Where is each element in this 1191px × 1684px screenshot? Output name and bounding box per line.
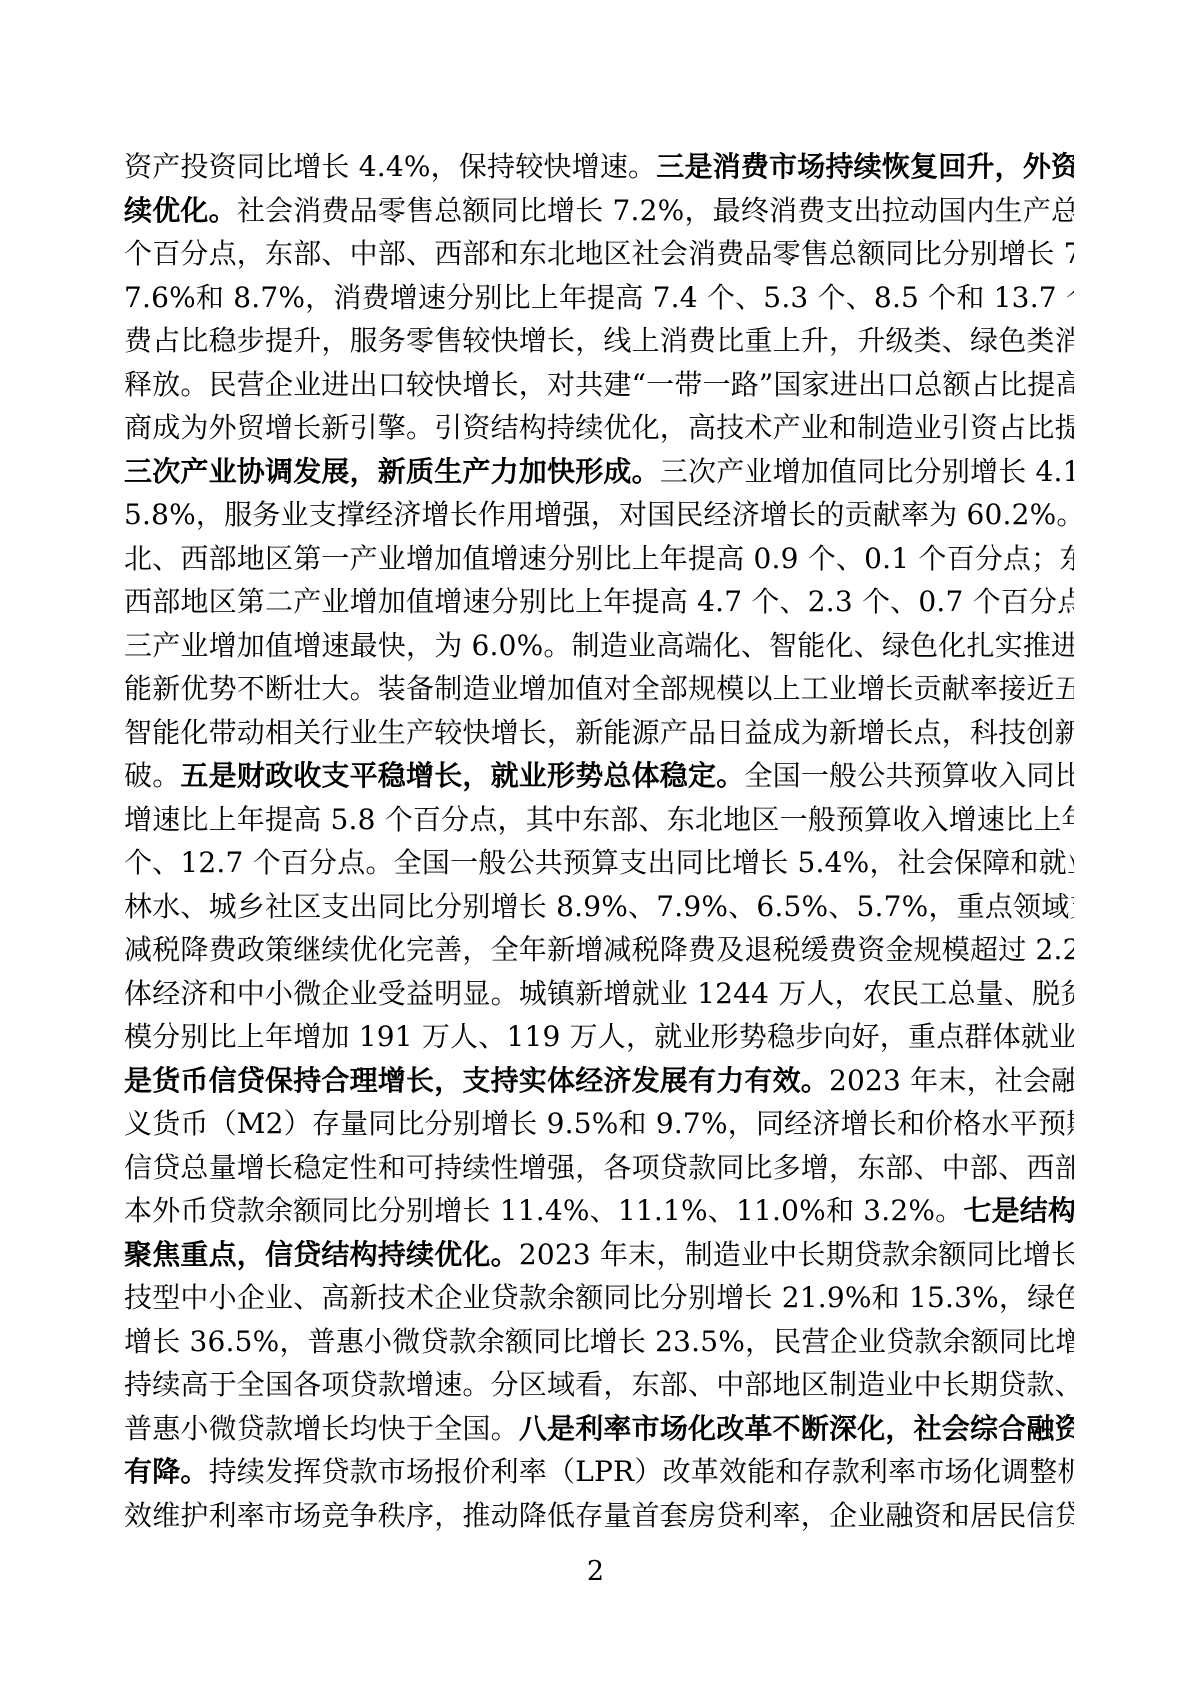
bold-text-run: 聚焦重点，信贷结构持续优化。 <box>124 1238 519 1271</box>
text-run: 7.6%和 8.7%，消费增速分别比上年提高 7.4 个、5.3 个、8.5 个… <box>124 281 1074 314</box>
text-run: 三次产业增加值同比分别增长 4.1%、4.7%、 <box>660 455 1074 488</box>
text-run: 林水、城乡社区支出同比分别增长 8.9%、7.9%、6.5%、5.7%，重点领域… <box>124 890 1074 923</box>
text-line: 林水、城乡社区支出同比分别增长 8.9%、7.9%、6.5%、5.7%，重点领域… <box>124 885 1074 929</box>
text-line: 北、西部地区第一产业增加值增速分别比上年提高 0.9 个、0.1 个百分点；东北… <box>124 537 1074 581</box>
text-line: 是货币信贷保持合理增长，支持实体经济发展有力有效。2023 年末，社会融资规模和… <box>124 1059 1074 1103</box>
text-run: 持续高于全国各项贷款增速。分区域看，东部、中部地区制造业中长期贷款、绿色贷款和 <box>124 1368 1074 1401</box>
text-run: 三产业增加值增速最快，为 6.0%。制造业高端化、智能化、绿色化扎实推进，发展新… <box>124 629 1074 662</box>
text-line: 7.6%和 8.7%，消费增速分别比上年提高 7.4 个、5.3 个、8.5 个… <box>124 276 1074 320</box>
text-line: 增长 36.5%，普惠小微贷款余额同比增长 23.5%，民营企业贷款余额同比增长… <box>124 1320 1074 1364</box>
bold-text-run: 是货币信贷保持合理增长，支持实体经济发展有力有效。 <box>124 1064 829 1097</box>
text-line: 破。五是财政收支平稳增长，就业形势总体稳定。全国一般公共预算收入同比增长 6.4… <box>124 754 1074 798</box>
text-run: 能新优势不断壮大。装备制造业增加值对全部规模以上工业增长贡献率接近五成，制造业 <box>124 672 1074 705</box>
text-run: 技型中小企业、高新技术企业贷款余额同比分别增长 21.9%和 15.3%，绿色贷… <box>124 1281 1074 1314</box>
text-line: 资产投资同比增长 4.4%，保持较快增速。三是消费市场持续恢复回升，外资外贸结构… <box>124 145 1074 189</box>
text-run: 增长 36.5%，普惠小微贷款余额同比增长 23.5%，民营企业贷款余额同比增长… <box>124 1325 1074 1358</box>
text-run: 2023 年末，制造业中长期贷款余额同比增长 31.9%，科 <box>519 1238 1074 1271</box>
text-line: 智能化带动相关行业生产较快增长，新能源产品日益成为新增长点，科技创新实现新的突 <box>124 711 1074 755</box>
text-run: 商成为外贸增长新引擎。引资结构持续优化，高技术产业和制造业引资占比提高。 <box>124 411 1074 444</box>
text-run: 个百分点，东部、中部、西部和东北地区社会消费品零售总额同比分别增长 7.2%、6… <box>124 237 1074 270</box>
bold-text-run: 七是结构性货币政策工具 <box>963 1194 1074 1227</box>
text-run: 费占比稳步提升，服务零售较快增长，线上消费比重上升，升级类、绿色类消费需求不断 <box>124 324 1074 357</box>
text-line: 体经济和中小微企业受益明显。城镇新增就业 1244 万人，农民工总量、脱贫人口务… <box>124 972 1074 1016</box>
text-line: 减税降费政策继续优化完善，全年新增减税降费及退税缓费资金规模超过 2.2 万亿元… <box>124 928 1074 972</box>
text-line: 义货币（M2）存量同比分别增长 9.5%和 9.7%，同经济增长和价格水平预期目… <box>124 1102 1074 1146</box>
text-line: 有降。持续发挥贷款市场报价利率（LPR）改革效能和存款利率市场化调整机制作用，有 <box>124 1450 1074 1494</box>
bold-text-run: 续优化。 <box>124 194 237 227</box>
text-run: 智能化带动相关行业生产较快增长，新能源产品日益成为新增长点，科技创新实现新的突 <box>124 716 1074 749</box>
text-run: 效维护利率市场竞争秩序，推动降低存量首套房贷利率，企业融资和居民信贷成本稳中有 <box>124 1499 1074 1532</box>
text-run: 北、西部地区第一产业增加值增速分别比上年提高 0.9 个、0.1 个百分点；东北… <box>124 542 1074 575</box>
page-number: 2 <box>0 1556 1191 1588</box>
body-text: 资产投资同比增长 4.4%，保持较快增速。三是消费市场持续恢复回升，外资外贸结构… <box>124 145 1074 1537</box>
text-line: 商成为外贸增长新引擎。引资结构持续优化，高技术产业和制造业引资占比提高。四是 <box>124 406 1074 450</box>
text-line: 能新优势不断壮大。装备制造业增加值对全部规模以上工业增长贡献率接近五成，制造业 <box>124 667 1074 711</box>
text-line: 模分别比上年增加 191 万人、119 万人，就业形势稳步向好，重点群体就业持续… <box>124 1015 1074 1059</box>
text-run: 体经济和中小微企业受益明显。城镇新增就业 1244 万人，农民工总量、脱贫人口务… <box>124 977 1074 1010</box>
text-line: 5.8%，服务业支撑经济增长作用增强，对国民经济增长的贡献率为 60.2%。分区… <box>124 493 1074 537</box>
text-run: 社会消费品零售总额同比增长 7.2%，最终消费支出拉动国内生产总值增长 4.3 <box>237 194 1074 227</box>
text-line: 费占比稳步提升，服务零售较快增长，线上消费比重上升，升级类、绿色类消费需求不断 <box>124 319 1074 363</box>
text-run: 持续发挥贷款市场报价利率（LPR）改革效能和存款利率市场化调整机制作用，有 <box>209 1455 1074 1488</box>
text-line: 续优化。社会消费品零售总额同比增长 7.2%，最终消费支出拉动国内生产总值增长 … <box>124 189 1074 233</box>
text-run: 资产投资同比增长 4.4%，保持较快增速。 <box>124 150 656 183</box>
text-run: 增速比上年提高 5.8 个百分点，其中东部、东北地区一般预算收入增速比上年分别提… <box>124 803 1074 836</box>
text-run: 全国一般公共预算收入同比增长 6.4%， <box>744 759 1074 792</box>
text-run: 普惠小微贷款增长均快于全国。 <box>124 1412 519 1445</box>
text-run: 破。 <box>124 759 180 792</box>
text-line: 聚焦重点，信贷结构持续优化。2023 年末，制造业中长期贷款余额同比增长 31.… <box>124 1233 1074 1277</box>
text-line: 技型中小企业、高新技术企业贷款余额同比分别增长 21.9%和 15.3%，绿色贷… <box>124 1276 1074 1320</box>
text-run: 减税降费政策继续优化完善，全年新增减税降费及退税缓费资金规模超过 2.2 万亿元… <box>124 933 1074 966</box>
bold-text-run: 有降。 <box>124 1455 209 1488</box>
text-line: 普惠小微贷款增长均快于全国。八是利率市场化改革不断深化，社会综合融资成本稳中 <box>124 1407 1074 1451</box>
text-line: 本外币贷款余额同比分别增长 11.4%、11.1%、11.0%和 3.2%。七是… <box>124 1189 1074 1233</box>
text-line: 三次产业协调发展，新质生产力加快形成。三次产业增加值同比分别增长 4.1%、4.… <box>124 450 1074 494</box>
text-line: 个百分点，东部、中部、西部和东北地区社会消费品零售总额同比分别增长 7.2%、6… <box>124 232 1074 276</box>
text-line: 西部地区第二产业增加值增速分别比上年提高 4.7 个、2.3 个、0.7 个百分… <box>124 580 1074 624</box>
text-run: 模分别比上年增加 191 万人、119 万人，就业形势稳步向好，重点群体就业持续… <box>124 1020 1074 1053</box>
text-run: 5.8%，服务业支撑经济增长作用增强，对国民经济增长的贡献率为 60.2%。分区… <box>124 498 1074 531</box>
document-page: 资产投资同比增长 4.4%，保持较快增速。三是消费市场持续恢复回升，外资外贸结构… <box>0 0 1191 1684</box>
bold-text-run: 三是消费市场持续恢复回升，外资外贸结构持 <box>656 150 1074 183</box>
text-line: 个、12.7 个百分点。全国一般公共预算支出同比增长 5.4%，社会保障和就业、… <box>124 841 1074 885</box>
text-line: 效维护利率市场竞争秩序，推动降低存量首套房贷利率，企业融资和居民信贷成本稳中有 <box>124 1494 1074 1538</box>
text-line: 持续高于全国各项贷款增速。分区域看，东部、中部地区制造业中长期贷款、绿色贷款和 <box>124 1363 1074 1407</box>
bold-text-run: 八是利率市场化改革不断深化，社会综合融资成本稳中 <box>519 1412 1074 1445</box>
text-run: 本外币贷款余额同比分别增长 11.4%、11.1%、11.0%和 3.2%。 <box>124 1194 963 1227</box>
bold-text-run: 三次产业协调发展，新质生产力加快形成。 <box>124 455 660 488</box>
text-line: 三产业增加值增速最快，为 6.0%。制造业高端化、智能化、绿色化扎实推进，发展新… <box>124 624 1074 668</box>
bold-text-run: 五是财政收支平稳增长，就业形势总体稳定。 <box>180 759 744 792</box>
text-run: 2023 年末，社会融资规模和广 <box>829 1064 1074 1097</box>
text-run: 西部地区第二产业增加值增速分别比上年提高 4.7 个、2.3 个、0.7 个百分… <box>124 585 1074 618</box>
text-run: 信贷总量增长稳定性和可持续性增强，各项贷款同比多增，东部、中部、西部和东北地区 <box>124 1151 1074 1184</box>
text-run: 释放。民营企业进出口较快增长，对共建“一带一路”国家进出口总额占比提高，跨境电 <box>124 368 1074 401</box>
text-line: 增速比上年提高 5.8 个百分点，其中东部、东北地区一般预算收入增速比上年分别提… <box>124 798 1074 842</box>
text-run: 个、12.7 个百分点。全国一般公共预算支出同比增长 5.4%，社会保障和就业、… <box>124 846 1074 879</box>
text-run: 义货币（M2）存量同比分别增长 9.5%和 9.7%，同经济增长和价格水平预期目… <box>124 1107 1074 1140</box>
text-line: 信贷总量增长稳定性和可持续性增强，各项贷款同比多增，东部、中部、西部和东北地区 <box>124 1146 1074 1190</box>
text-line: 释放。民营企业进出口较快增长，对共建“一带一路”国家进出口总额占比提高，跨境电 <box>124 363 1074 407</box>
